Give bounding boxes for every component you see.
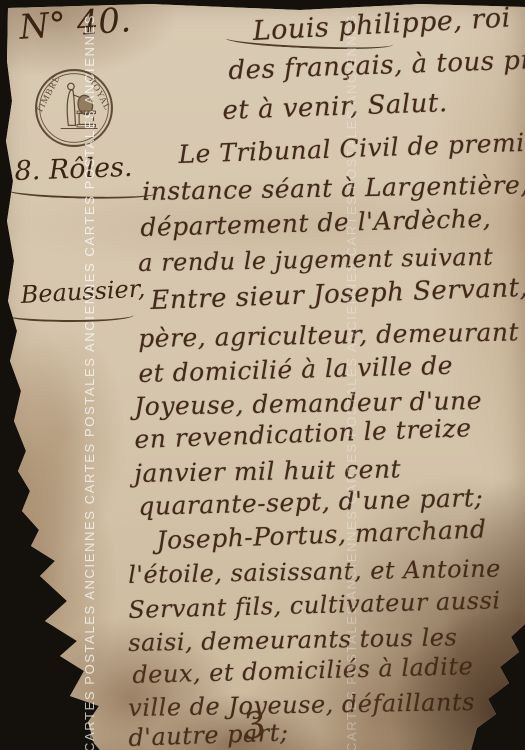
scan-background: N° 40. TIMBRE ROYAL 8. Rôles. Beaussier,… <box>0 0 525 750</box>
manuscript-line: saisi, demeurants tous les <box>128 623 458 657</box>
manuscript-line: janvier mil huit cent <box>134 454 401 488</box>
stamp-figure-head <box>68 83 75 90</box>
act-number: N° 40. <box>18 0 132 48</box>
roles-count: 8. Rôles. <box>14 152 133 187</box>
timbre-royal-stamp: TIMBRE ROYAL <box>33 66 115 150</box>
document-paper: N° 40. TIMBRE ROYAL 8. Rôles. Beaussier,… <box>0 0 525 750</box>
